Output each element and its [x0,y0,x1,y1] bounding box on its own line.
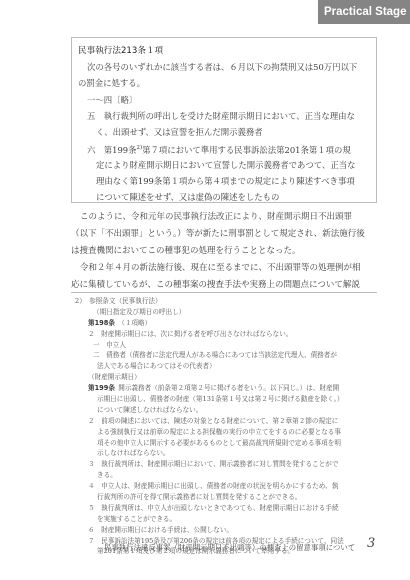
footnote-line: ３ 執行裁判所は、財産開示期日において、開示義務者に対し質問を発することがで [75,459,380,470]
footnote-line: ６ 財産開示期日における手続は、公開しない。 [75,525,380,536]
statute-line: 理由なく第199条第１項から第４項までの規定により陳述すべき事項 [78,173,370,189]
body-line: 令和２年４月の新法施行後、現在に至るまでに、不出頭罪等の処理例が相 [71,260,377,277]
footnote-text: 二 債務者（債務者に法定代理人がある場合にあつては当該法定代理人、債務者が [93,351,337,359]
footnote-line: ２ 財産開示期日には、次に掲げる者を呼び出さなければならない。 [75,329,380,340]
footnote-line: 法人である場合にあつてはその代表者） [75,361,380,372]
footnote-line: ２ 前項の陳述においては、陳述の対象となる財産について、第２章第２節の規定に [75,416,380,427]
body-line: （以下「不出頭罪」という。）等が新たに刑事罰として規定され、新法施行後 [71,226,377,243]
footnote-line: （財産開示期日） [75,372,380,383]
footnote-line: 行裁判所の許可を得て開示義務者に対し質問を発することができる。 [75,492,380,503]
footnote-line: 第198条 （１項略） [75,318,380,329]
footnote-text: きる。 [97,471,117,479]
footnote-text: よる強制執行又は前章の規定による担保権の実行の申立てをするのに必要となる事 [97,428,341,436]
footnote-text: ５ 執行裁判所は、申立人が出頭しないときであつても、財産開示期日における手続 [88,504,339,512]
footnote-text: 法人である場合にあつてはその代表者） [97,362,216,370]
statute-box: 民事執行法213条１項 次の各号のいずれかに該当する者は、６月以下の拘禁刑又は5… [71,37,377,203]
statute-text: 六 第199条 [87,145,137,155]
footnote-text: （財産開示期日） [88,373,141,381]
footnote-line: について陳述しなければならない。 [75,405,380,416]
footnote-text: ２ 前項の陳述においては、陳述の対象となる財産について、第２章第２節の規定に [88,417,338,425]
statute-text: 第７項において準用する民事訴訟法第201条第１項の規 [142,145,351,155]
footnote-line: きる。 [75,470,380,481]
footnote-text: 項その他申立人に開示する必要があるものとして最高裁判所規則で定める事項を明 [97,439,341,447]
footnote-text: ３ 執行裁判所は、財産開示期日において、開示義務者に対し質問を発することがで [88,460,338,468]
footnote-line: ５ 執行裁判所は、申立人が出頭しないときであつても、財産開示期日における手続 [75,503,380,514]
footnote-text: 開示義務者（前条第２項第２号に掲げる者をいう。以下同じ。）は、財産開 [118,384,339,392]
article-number: 第199条 [88,384,115,392]
footnote-text: ６ 財産開示期日における手続は、公開しない。 [88,526,233,534]
footnote-line: 第199条 開示義務者（前条第２項第２号に掲げる者をいう。以下同じ。）は、財産開 [75,383,380,394]
footnote-line: 2） 参照条文（民事執行法） [75,296,380,307]
footnote-text: （１項略） [118,319,151,327]
article-number: 第198条 [88,319,115,327]
footnote-line: を実施することができる。 [75,514,380,525]
body-line: このように、令和元年の民事執行法改正により、財産開示期日不出頭罪 [71,209,377,226]
statute-line: について陳述をせず、又は虚偽の陳述をしたもの [78,189,370,205]
footnote-line: （期日指定及び期日の呼出し） [75,307,380,318]
statute-line: 次の各号のいずれかに該当する者は、６月以下の拘禁刑又は50万円以下 [78,59,370,75]
footnote-line: 一 申立人 [75,340,380,351]
body-line: は捜査機関においてこの種事犯の処理を行うこととなった。 [71,243,377,260]
footnote-line: 示しなければならない。 [75,448,380,459]
footnote-text: ２ 財産開示期日には、次に掲げる者を呼び出さなければならない。 [88,330,292,338]
section-badge: Practical Stage [318,0,410,24]
footnote-text: 示しなければならない。 [97,449,170,457]
footnote-text: 示期日に出頭し、債務者の財産（第131条第１号又は第２号に掲げる動産を除く。） [97,395,344,403]
footnote-line: 示期日に出頭し、債務者の財産（第131条第１号又は第２号に掲げる動産を除く。） [75,394,380,405]
running-footer: 民事執行法違反事案（財産開示期日不出頭等）の捜査上の留意事項について [104,541,382,555]
footnote-line: 二 債務者（債務者に法定代理人がある場合にあつては当該法定代理人、債務者が [75,350,380,361]
footnote-text: について陳述しなければならない。 [97,406,202,414]
footnote-text: 一 申立人 [93,341,126,349]
statute-line: 一〜四〔略〕 [78,92,370,108]
footnote-divider [71,292,377,293]
page-number: 3 [367,536,375,551]
footnote-line: ４ 申立人は、財産開示期日に出頭し、債務者の財産の状況を明らかにするため、執 [75,481,380,492]
statute-line: く、出頭せず、又は宣誓を拒んだ開示義務者 [78,124,370,140]
footnotes: 2） 参照条文（民事執行法）（期日指定及び期日の呼出し）第198条 （１項略）２… [75,296,380,557]
footnote-line: 項その他申立人に開示する必要があるものとして最高裁判所規則で定める事項を明 [75,438,380,449]
statute-line: 定により財産開示期日において宣誓した開示義務者であつて、正当な [78,157,370,173]
statute-line: 六 第199条2)第７項において準用する民事訴訟法第201条第１項の規 [78,140,370,156]
footnote-text: ４ 申立人は、財産開示期日に出頭し、債務者の財産の状況を明らかにするため、執 [88,482,338,490]
statute-line: の罰金に処する。 [78,75,370,91]
statute-title: 民事執行法213条１項 [78,43,370,59]
footnote-text: 行裁判所の許可を得て開示義務者に対し質問を発することができる。 [97,493,301,501]
statute-line: 五 執行裁判所の呼出しを受けた財産開示期日において、正当な理由な [78,108,370,124]
footnote-line: よる強制執行又は前章の規定による担保権の実行の申立てをするのに必要となる事 [75,427,380,438]
footnote-text: 2） 参照条文（民事執行法） [75,297,162,305]
footnote-text: （期日指定及び期日の呼出し） [93,308,185,316]
body-paragraphs: このように、令和元年の民事執行法改正により、財産開示期日不出頭罪 （以下「不出頭… [71,209,377,294]
footnote-text: を実施することができる。 [97,515,176,523]
